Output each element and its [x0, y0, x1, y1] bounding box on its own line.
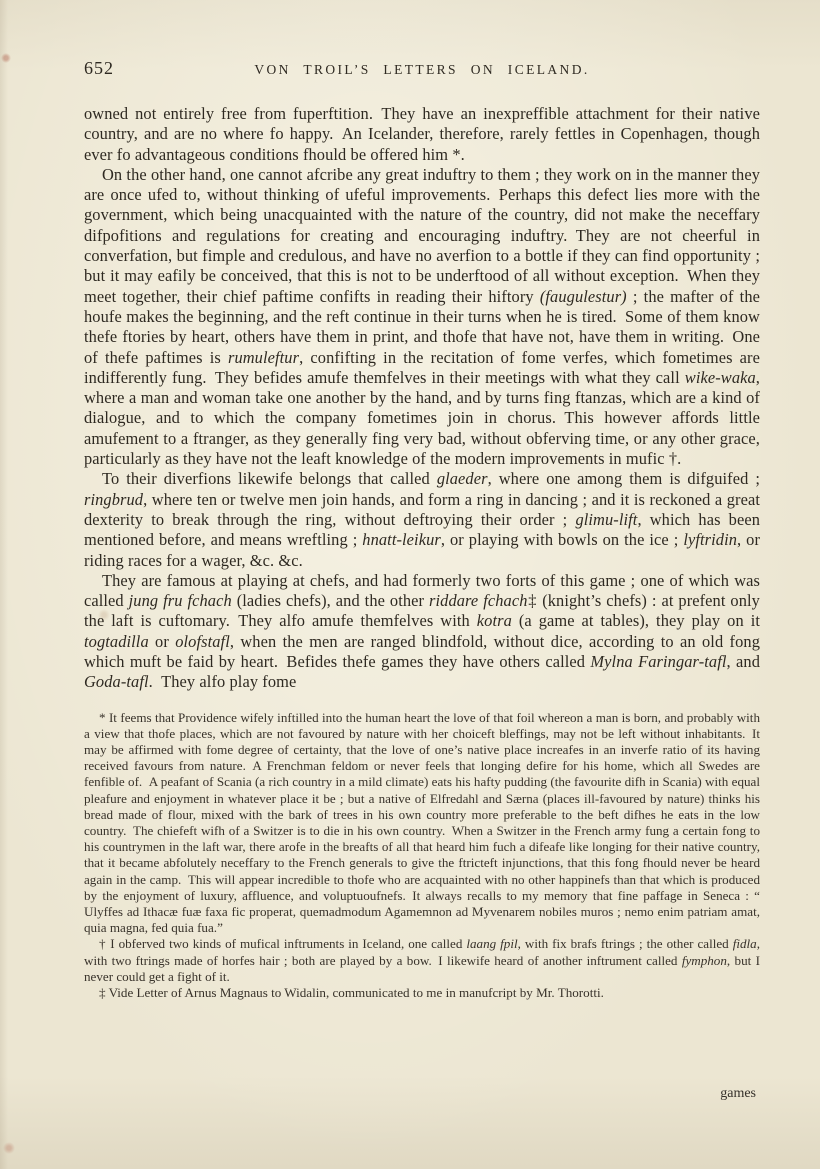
footnote-double-dagger: ‡ Vide Letter of Arnus Magnaus to Widali… [84, 985, 760, 1001]
paragraph: To their diverfions likewife belongs tha… [84, 469, 760, 570]
paragraph: They are famous at playing at chefs, and… [84, 571, 760, 693]
book-page: 652 VON TROIL’S LETTERS ON ICELAND. owne… [0, 0, 820, 1169]
footnotes: * It feems that Providence wifely inftil… [84, 710, 760, 1002]
footnote-dagger: † I obferved two kinds of mufical inftru… [84, 936, 760, 985]
catchword: games [720, 1086, 756, 1102]
paragraph: owned not entirely free from fuperftitio… [84, 104, 760, 165]
page-header: 652 VON TROIL’S LETTERS ON ICELAND. [84, 58, 760, 79]
footnote-asterisk: * It feems that Providence wifely inftil… [84, 710, 760, 937]
text-block: 652 VON TROIL’S LETTERS ON ICELAND. owne… [84, 58, 760, 1001]
main-text: owned not entirely free from fuperftitio… [84, 104, 760, 693]
running-title: VON TROIL’S LETTERS ON ICELAND. [154, 62, 760, 78]
paragraph: On the other hand, one cannot afcribe an… [84, 165, 760, 469]
page-number: 652 [84, 58, 154, 79]
